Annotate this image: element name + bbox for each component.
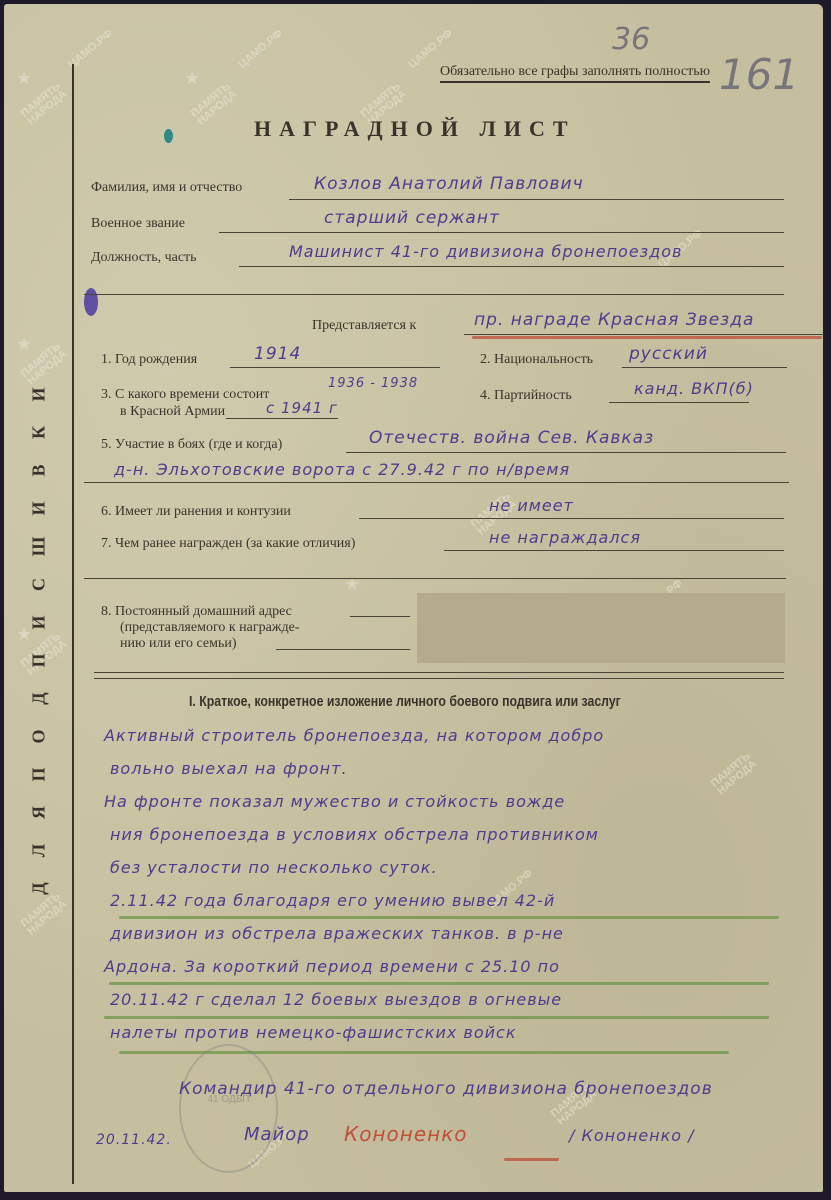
army-since-value-top: 1936 - 1938 bbox=[328, 376, 418, 391]
army-since-label: 3. С какого времени состоит bbox=[101, 387, 269, 403]
notice-fill-all-fields: Обязательно все графы заполнять полность… bbox=[440, 64, 710, 83]
full-name-value: Козлов Анатолий Павлович bbox=[314, 174, 584, 194]
birth-year-value: 1914 bbox=[254, 344, 301, 364]
narrative-line: без усталости по несколько суток. bbox=[110, 858, 438, 877]
rank-value: старший сержант bbox=[324, 208, 500, 228]
side-label-letter: С bbox=[29, 570, 50, 600]
watermark-archive: ЦАМО.РФ bbox=[67, 28, 114, 70]
watermark-project: ПАМЯТЬ НАРОДА bbox=[705, 747, 764, 801]
full-name-label: Фамилия, имя и отчество bbox=[91, 180, 242, 196]
side-label-letter: П bbox=[29, 646, 50, 676]
position-line bbox=[239, 266, 784, 267]
army-since-label-2: в Красной Армии bbox=[120, 404, 225, 420]
party-label: 4. Партийность bbox=[480, 388, 572, 404]
prior-awards-value: не награждался bbox=[489, 528, 641, 547]
position-value: Машинист 41-го дивизиона бронепоездов bbox=[289, 242, 682, 261]
signature: Кононенко bbox=[344, 1122, 468, 1146]
rank-line bbox=[219, 232, 784, 233]
side-label-letter: Л bbox=[29, 836, 50, 866]
position-label: Должность, часть bbox=[91, 250, 197, 266]
narrative-line: ния бронепоезда в условиях обстрела прот… bbox=[110, 825, 599, 844]
watermark-project: ПАМЯТЬ НАРОДА bbox=[185, 77, 244, 131]
side-label-letter: И bbox=[29, 608, 50, 638]
narrative-line: 2.11.42 года благодаря его умению вывел … bbox=[110, 891, 555, 910]
address-label: 8. Постоянный домашний адрес bbox=[101, 604, 292, 620]
battles-line bbox=[346, 452, 786, 453]
side-label-letter: И bbox=[29, 494, 50, 524]
nationality-line bbox=[622, 367, 787, 368]
ink-blot bbox=[84, 288, 98, 316]
separator-line bbox=[94, 672, 784, 673]
narrative-line: На фронте показал мужество и стойкость в… bbox=[104, 792, 565, 811]
award-sheet: ЦАМО.РФ ЦАМО.РФ ЦАМО.РФ ПАМЯТЬ НАРОДА ПА… bbox=[4, 4, 823, 1192]
watermark-star-icon: ★ bbox=[16, 334, 32, 355]
section-1-heading: I. Краткое, конкретное изложение личного… bbox=[189, 693, 621, 710]
signer-rank: Майор bbox=[244, 1124, 310, 1145]
signature-date: 20.11.42. bbox=[96, 1132, 172, 1148]
battles-label: 5. Участие в боях (где и когда) bbox=[101, 437, 282, 453]
separator-line bbox=[94, 678, 784, 679]
side-label-letter: Ш bbox=[29, 532, 50, 562]
nationality-value: русский bbox=[629, 344, 708, 364]
party-value: канд. ВКП(б) bbox=[634, 379, 754, 398]
address-line-2 bbox=[276, 649, 410, 650]
green-underline bbox=[119, 916, 779, 919]
watermark-star-icon: ★ bbox=[16, 68, 32, 89]
wounds-line bbox=[359, 518, 784, 519]
birth-year-label: 1. Год рождения bbox=[101, 352, 197, 368]
narrative-line: 20.11.42 г сделал 12 боевых выездов в ог… bbox=[110, 990, 562, 1009]
narrative-line: налеты против немецко-фашистских войск bbox=[110, 1023, 516, 1042]
nominated-for-label: Представляется к bbox=[312, 318, 416, 334]
side-label-letter: И bbox=[29, 380, 50, 410]
side-label-letter: П bbox=[29, 760, 50, 790]
address-label-2: (представляемого к награжде- bbox=[120, 620, 299, 636]
nominated-for-red-underline bbox=[472, 336, 822, 339]
side-label-letter: Я bbox=[29, 798, 50, 828]
green-underline bbox=[109, 982, 769, 985]
unit-stamp: 41 ОДБП bbox=[179, 1044, 278, 1173]
address-line-1 bbox=[350, 616, 410, 617]
nominated-for-value: пр. награде Красная Звезда bbox=[474, 310, 754, 330]
side-label-letter: В bbox=[29, 456, 50, 486]
prior-awards-line bbox=[444, 550, 784, 551]
separator-line bbox=[84, 578, 786, 579]
narrative-line: вольно выехал на фронт. bbox=[110, 759, 348, 778]
battles-line-2 bbox=[84, 482, 789, 483]
archive-sheet-number: 36 bbox=[612, 22, 650, 57]
nominated-for-line bbox=[464, 334, 824, 335]
narrative-line: Активный строитель бронепоезда, на котор… bbox=[104, 726, 604, 745]
address-redacted-block bbox=[417, 593, 785, 663]
wounds-label: 6. Имеет ли ранения и контузии bbox=[101, 504, 291, 520]
signature-margin-rule bbox=[72, 64, 74, 1184]
rank-label: Военное звание bbox=[91, 216, 185, 232]
narrative-line: дивизион из обстрела вражеских танков. в… bbox=[110, 924, 564, 943]
signer-name: / Кононенко / bbox=[569, 1126, 695, 1145]
narrative-line: Ардона. За короткий период времени с 25.… bbox=[104, 957, 560, 976]
commander-title: Командир 41-го отдельного дивизиона брон… bbox=[179, 1079, 713, 1099]
archive-folio-number: 161 bbox=[719, 50, 799, 99]
side-label-letter: К bbox=[29, 418, 50, 448]
watermark-archive: ЦАМО.РФ bbox=[237, 28, 284, 70]
side-label-letter: Д bbox=[29, 684, 50, 714]
side-label-letter: Д bbox=[29, 874, 50, 904]
battles-value-1: Отечеств. война Сев. Кавказ bbox=[369, 428, 654, 448]
watermark-star-icon: ★ bbox=[184, 68, 200, 89]
prior-awards-label: 7. Чем ранее награжден (за какие отличия… bbox=[101, 536, 355, 552]
birth-year-line bbox=[230, 367, 440, 368]
green-underline bbox=[104, 1016, 769, 1019]
wounds-value: не имеет bbox=[489, 496, 574, 515]
watermark-project: ПАМЯТЬ НАРОДА bbox=[15, 77, 74, 131]
position-line-2 bbox=[84, 294, 784, 295]
side-label-letter: О bbox=[29, 722, 50, 752]
page-title: НАГРАДНОЙ ЛИСТ bbox=[254, 116, 576, 142]
nationality-label: 2. Национальность bbox=[480, 352, 593, 368]
address-label-3: нию или его семьи) bbox=[120, 636, 237, 652]
signature-red-underline bbox=[504, 1158, 559, 1161]
army-since-line bbox=[226, 418, 338, 419]
ink-spot bbox=[164, 129, 173, 143]
party-line bbox=[609, 402, 749, 403]
full-name-line bbox=[289, 199, 784, 200]
army-since-value: с 1941 г bbox=[266, 399, 338, 417]
battles-value-2: д-н. Эльхотовские ворота с 27.9.42 г по … bbox=[114, 460, 570, 479]
